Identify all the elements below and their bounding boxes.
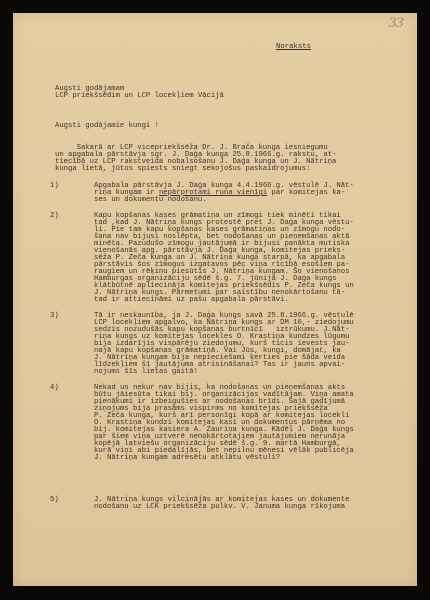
item-number: 5) (50, 497, 59, 504)
item-number: 4) (50, 385, 59, 392)
item-number: 1) (50, 183, 59, 190)
text-line: tad ir attiecināmi uz pašu apgabala pārs… (94, 297, 289, 304)
text-line: ses un dokumentu nodošanu. (94, 197, 207, 204)
item-number: 2) (50, 213, 59, 220)
salutation: Augsti godājamie kungi ! (55, 123, 159, 130)
text-line: J. Nātriņa kungam adresētu atklātu vēstu… (94, 455, 280, 462)
address-line: LCP priekšsēdim un LCP locekļiem Vācijā (55, 93, 224, 100)
document-page: 33 Noraksts Augsti godājamam LCP priekšs… (13, 13, 417, 586)
page-number: 33 (388, 16, 403, 31)
document-title: Noraksts (276, 43, 311, 51)
text-line: kunga lietā, jūtos spiests sniegt sekojo… (55, 166, 310, 173)
text-line: nodošanu uz LCK priekšsēža pulkv. V. Jan… (94, 504, 345, 511)
text-line: nojums šīs lietas gaitā! (94, 369, 198, 376)
item-number: 3) (50, 313, 59, 320)
